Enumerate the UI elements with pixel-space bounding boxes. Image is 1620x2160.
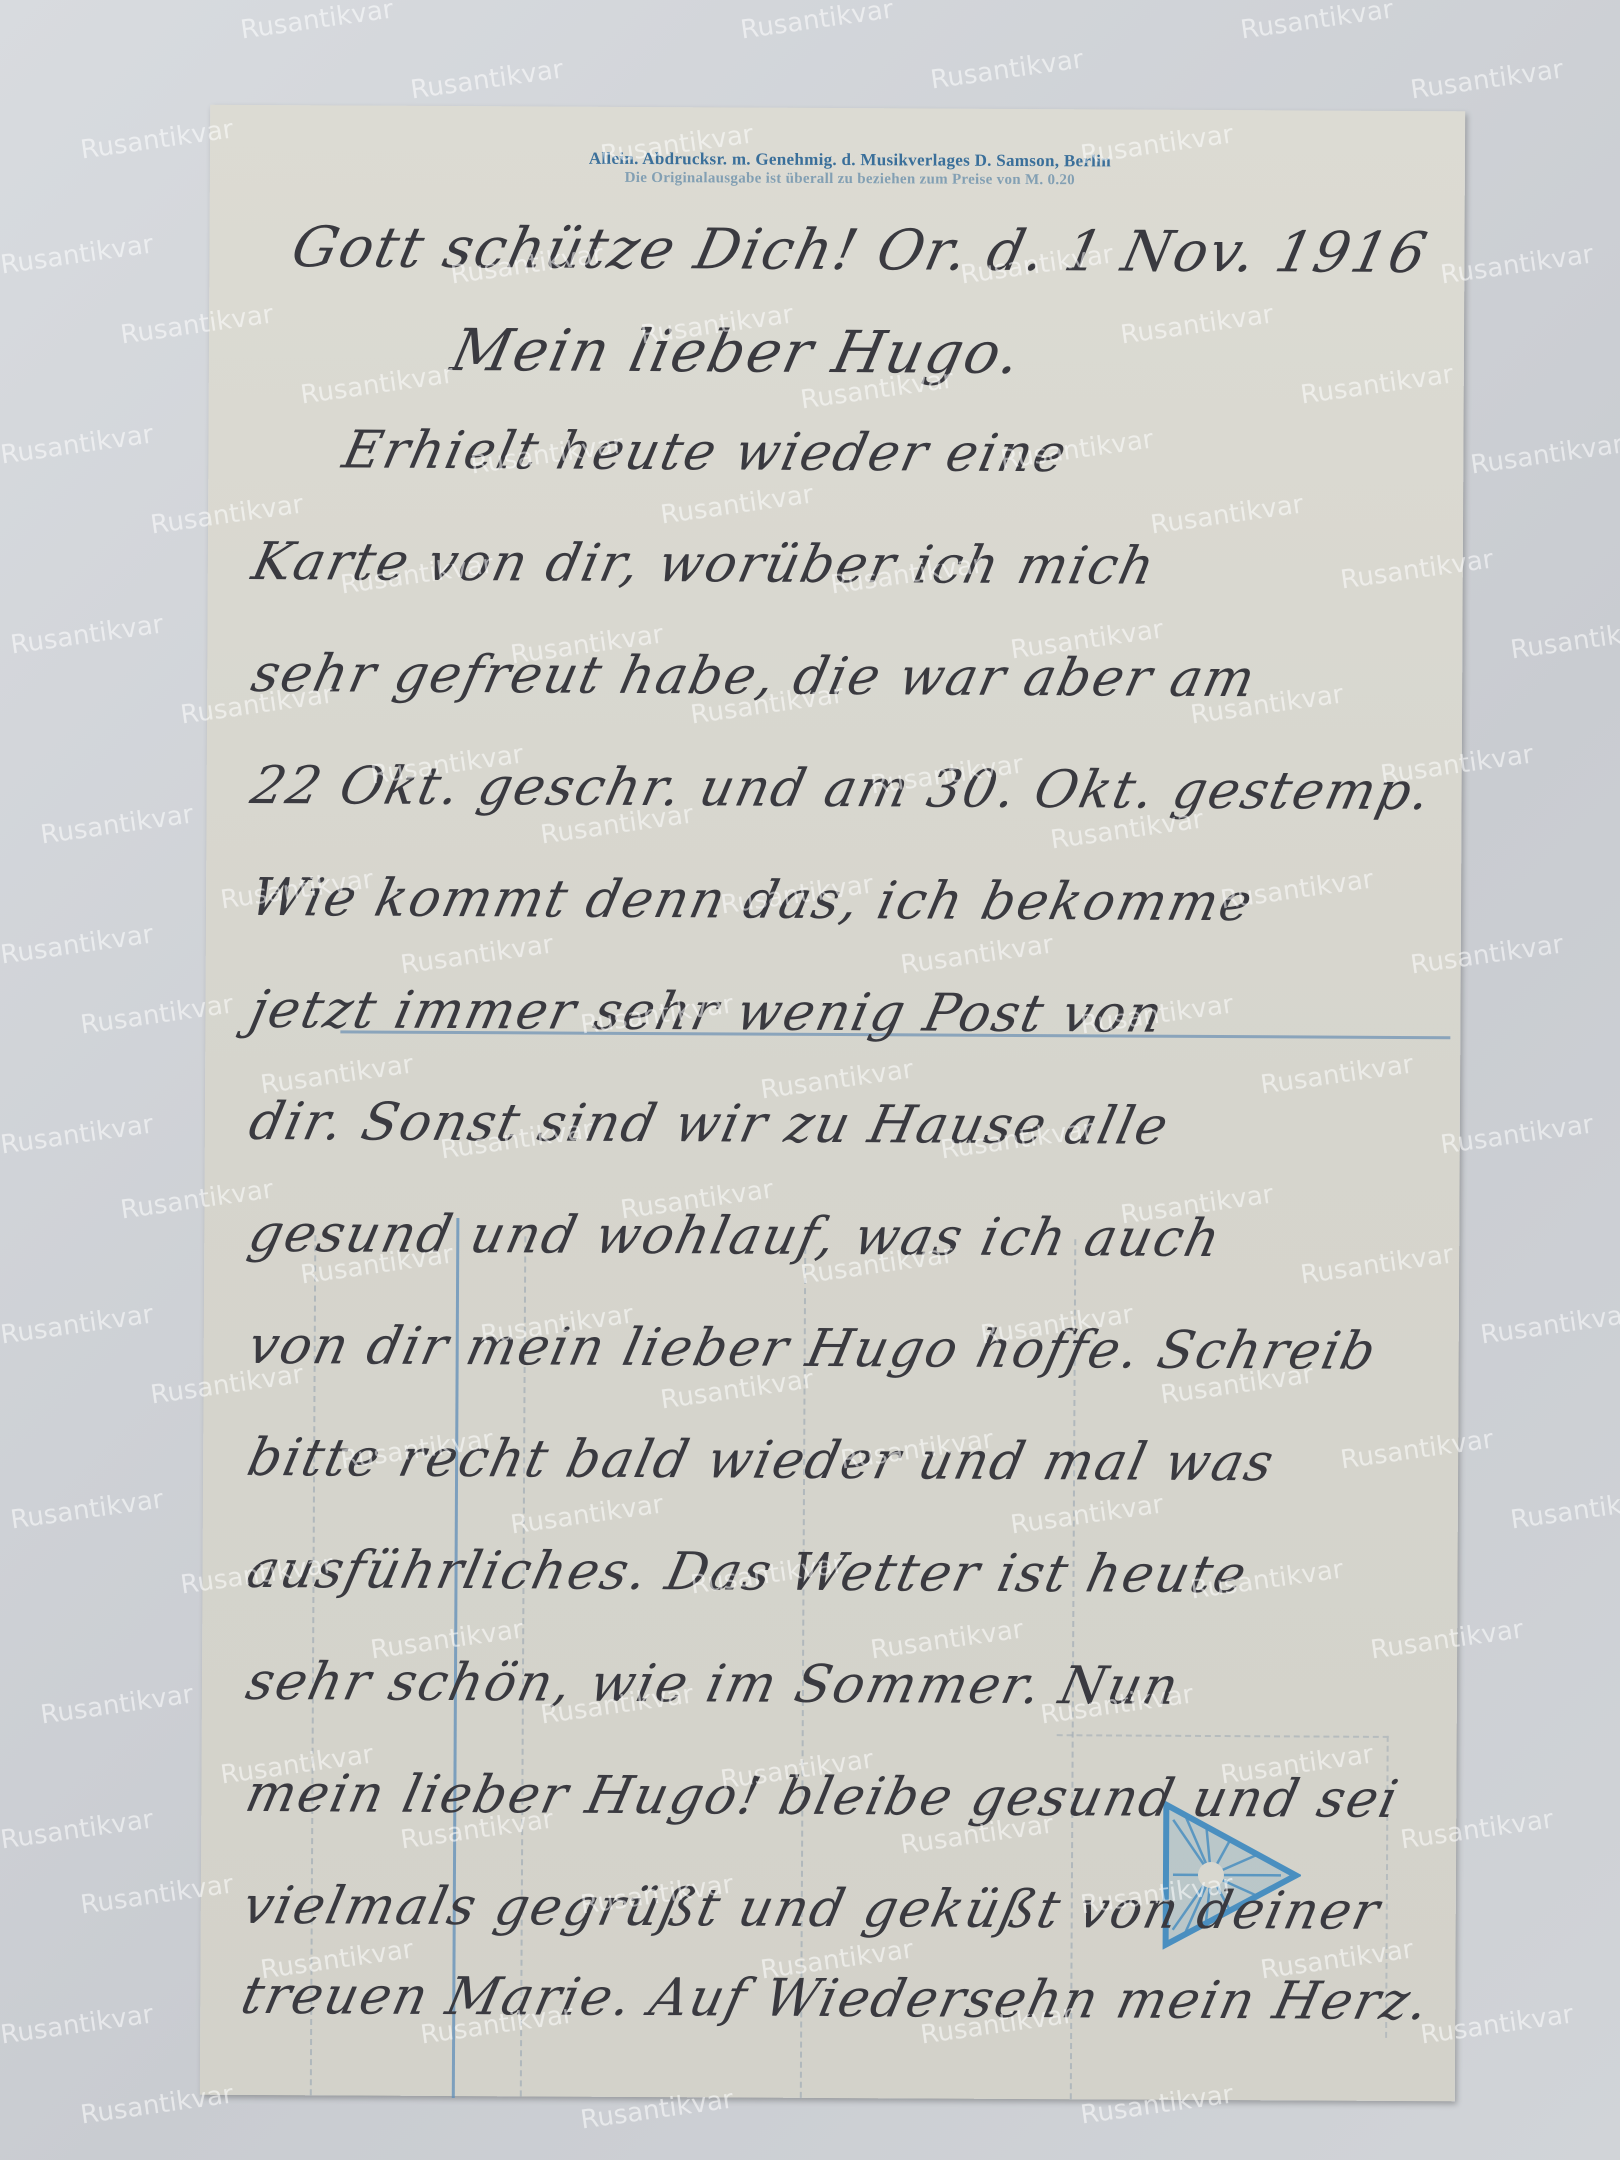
printed-header: Allein. Abdrucksr. m. Genehmig. d. Musik…	[310, 147, 1390, 191]
signature-line: treuen Marie. Auf Wiedersehn mein Herz.	[232, 1966, 1439, 2052]
